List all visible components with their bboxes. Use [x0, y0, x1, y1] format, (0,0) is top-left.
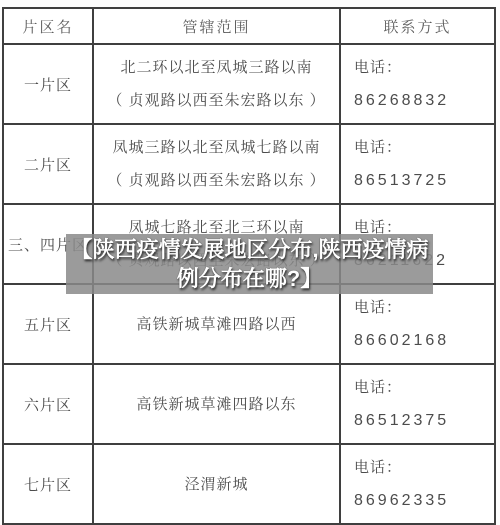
header-row: 片区名 管辖范围 联系方式 — [3, 8, 495, 44]
table-row-district-2: 二片区 凤城三路以北至凤城七路以南 （ 贞观路以西至朱宏路以东 ） 电话： 86… — [3, 124, 495, 204]
scope-line-1: 北二环以北至凤城三路以南 — [94, 51, 339, 84]
col-header-contact-method: 联系方式 — [340, 8, 495, 44]
watermark-text-line-2: 例分布在哪?】 — [177, 264, 322, 293]
screenshot-root: 片区名 管辖范围 联系方式 一片区 北二环以北至凤城三路以南 （ 贞观路以西至朱… — [0, 0, 500, 525]
phone-number: 86268832 — [354, 84, 494, 117]
scope-line-1: 泾渭新城 — [94, 468, 339, 501]
col-header-jurisdiction-scope: 管辖范围 — [93, 8, 340, 44]
district-name: 六片区 — [3, 364, 93, 444]
phone-number: 86513725 — [354, 164, 494, 197]
phone-label: 电话： — [354, 51, 494, 84]
district-name: 五片区 — [3, 284, 93, 364]
scope-line-2: （ 贞观路以西至朱宏路以东 ） — [94, 164, 339, 197]
phone-label: 电话： — [354, 291, 494, 324]
scope-line-1: 高铁新城草滩四路以东 — [94, 388, 339, 421]
scope-line-1: 凤城三路以北至凤城七路以南 — [94, 131, 339, 164]
phone-label: 电话： — [354, 131, 494, 164]
table-row-district-1: 一片区 北二环以北至凤城三路以南 （ 贞观路以西至朱宏路以东 ） 电话： 862… — [3, 44, 495, 124]
phone-label: 电话： — [354, 451, 494, 484]
table-row-district-6: 六片区 高铁新城草滩四路以东 电话： 86512375 — [3, 364, 495, 444]
phone-number: 86962335 — [354, 484, 494, 517]
phone-number: 86602168 — [354, 324, 494, 357]
district-name: 一片区 — [3, 44, 93, 124]
scope-line-2: （ 贞观路以西至朱宏路以东 ） — [94, 84, 339, 117]
phone-label: 电话： — [354, 371, 494, 404]
scope-line-1: 高铁新城草滩四路以西 — [94, 308, 339, 341]
phone-number: 86512375 — [354, 404, 494, 437]
district-name: 七片区 — [3, 444, 93, 524]
col-header-district-name: 片区名 — [3, 8, 93, 44]
watermark-text-line-1: 【陕西疫情发展地区分布,陕西疫情病 — [70, 235, 428, 264]
table-row-district-7: 七片区 泾渭新城 电话： 86962335 — [3, 444, 495, 524]
district-name: 二片区 — [3, 124, 93, 204]
table-row-district-5: 五片区 高铁新城草滩四路以西 电话： 86602168 — [3, 284, 495, 364]
watermark-overlay: 【陕西疫情发展地区分布,陕西疫情病 例分布在哪?】 — [66, 234, 433, 294]
